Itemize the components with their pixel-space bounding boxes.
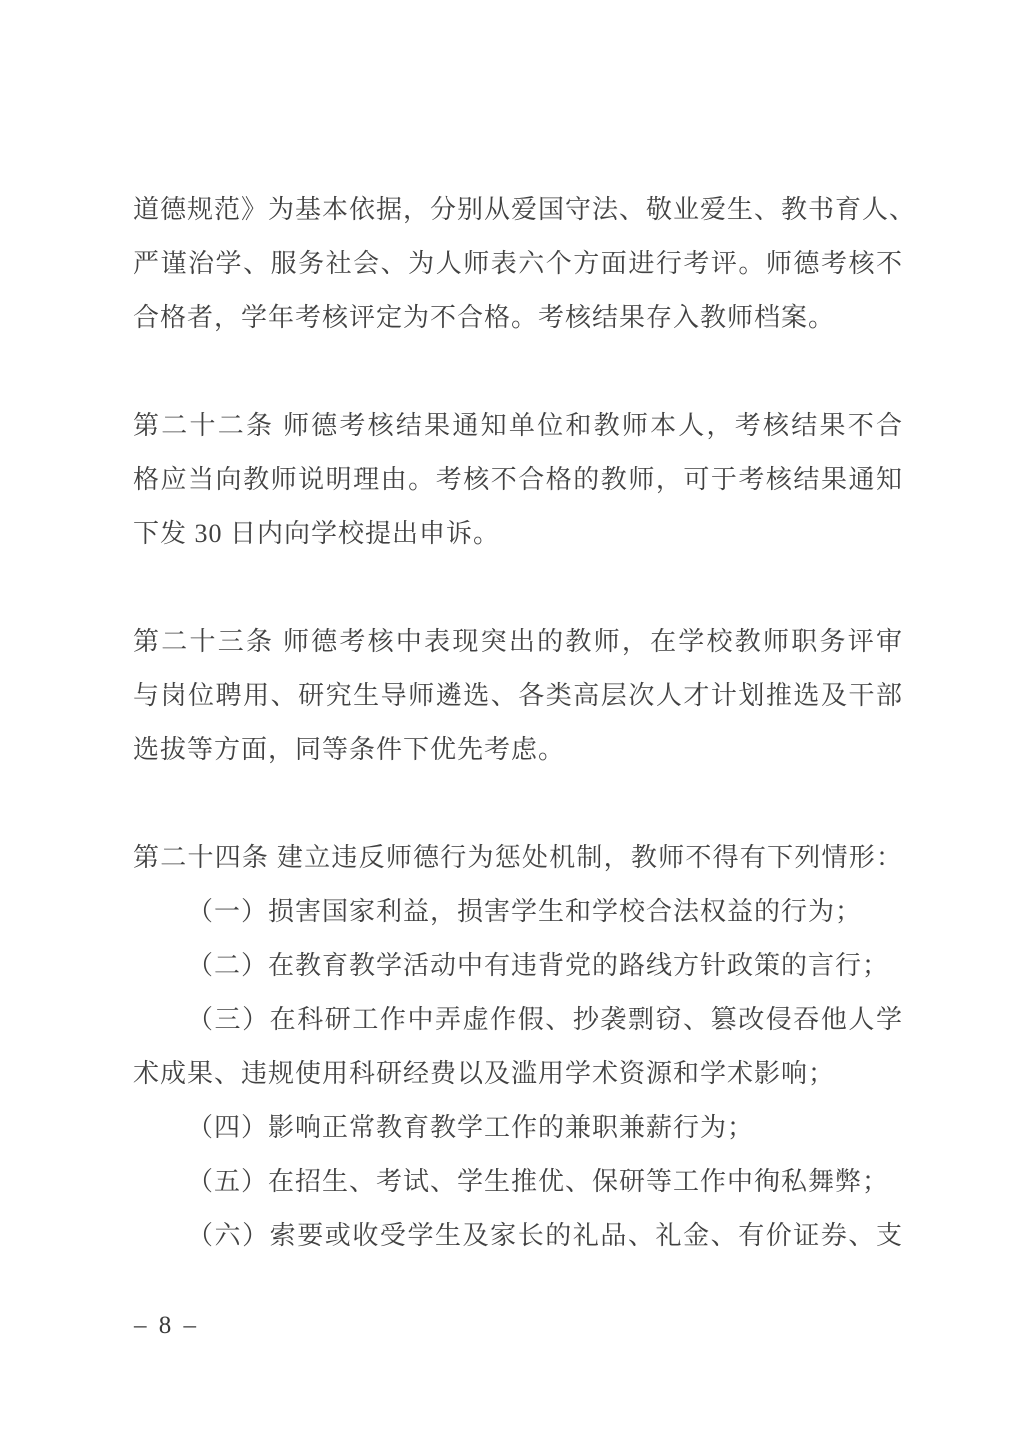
text-line: 第二十二条 师德考核结果通知单位和教师本人，考核结果不合: [133, 399, 903, 453]
article-23-paragraph: 第二十三条 师德考核中表现突出的教师，在学校教师职务评审 与岗位聘用、研究生导师…: [133, 615, 903, 777]
text-line: 合格者，学年考核评定为不合格。考核结果存入教师档案。: [133, 291, 903, 345]
clause-5-paragraph: （五）在招生、考试、学生推优、保研等工作中徇私舞弊；: [133, 1155, 903, 1209]
page-body-text: 道德规范》为基本依据，分别从爱国守法、敬业爱生、教书育人、 严谨治学、服务社会、…: [133, 183, 903, 1263]
text-line: （三）在科研工作中弄虚作假、抄袭剽窃、篡改侵吞他人学: [133, 993, 903, 1047]
text-line: （六）索要或收受学生及家长的礼品、礼金、有价证券、支: [133, 1209, 903, 1263]
document-page: 道德规范》为基本依据，分别从爱国守法、敬业爱生、教书育人、 严谨治学、服务社会、…: [0, 0, 1024, 1448]
paragraph-continuation: 道德规范》为基本依据，分别从爱国守法、敬业爱生、教书育人、 严谨治学、服务社会、…: [133, 183, 903, 345]
text-line: （二）在教育教学活动中有违背党的路线方针政策的言行；: [133, 939, 903, 993]
clause-2-paragraph: （二）在教育教学活动中有违背党的路线方针政策的言行；: [133, 939, 903, 993]
article-24-paragraph: 第二十四条 建立违反师德行为惩处机制，教师不得有下列情形：: [133, 831, 903, 885]
clause-6-paragraph: （六）索要或收受学生及家长的礼品、礼金、有价证券、支: [133, 1209, 903, 1263]
text-line: （五）在招生、考试、学生推优、保研等工作中徇私舞弊；: [133, 1155, 903, 1209]
text-line: 道德规范》为基本依据，分别从爱国守法、敬业爱生、教书育人、: [133, 183, 903, 237]
clause-3-paragraph: （三）在科研工作中弄虚作假、抄袭剽窃、篡改侵吞他人学 术成果、违规使用科研经费以…: [133, 993, 903, 1101]
text-line: 格应当向教师说明理由。考核不合格的教师，可于考核结果通知: [133, 453, 903, 507]
text-line: 选拔等方面，同等条件下优先考虑。: [133, 723, 903, 777]
text-line: 与岗位聘用、研究生导师遴选、各类高层次人才计划推选及干部: [133, 669, 903, 723]
clause-4-paragraph: （四）影响正常教育教学工作的兼职兼薪行为；: [133, 1101, 903, 1155]
text-line: 第二十四条 建立违反师德行为惩处机制，教师不得有下列情形：: [133, 831, 903, 885]
text-line: （一）损害国家利益，损害学生和学校合法权益的行为；: [133, 885, 903, 939]
text-line: 下发 30 日内向学校提出申诉。: [133, 507, 903, 561]
text-line: 第二十三条 师德考核中表现突出的教师，在学校教师职务评审: [133, 615, 903, 669]
article-22-paragraph: 第二十二条 师德考核结果通知单位和教师本人，考核结果不合 格应当向教师说明理由。…: [133, 399, 903, 561]
text-line: 术成果、违规使用科研经费以及滥用学术资源和学术影响；: [133, 1047, 903, 1101]
page-number: – 8 –: [134, 1306, 199, 1346]
text-line: 严谨治学、服务社会、为人师表六个方面进行考评。师德考核不: [133, 237, 903, 291]
clause-1-paragraph: （一）损害国家利益，损害学生和学校合法权益的行为；: [133, 885, 903, 939]
text-line: （四）影响正常教育教学工作的兼职兼薪行为；: [133, 1101, 903, 1155]
